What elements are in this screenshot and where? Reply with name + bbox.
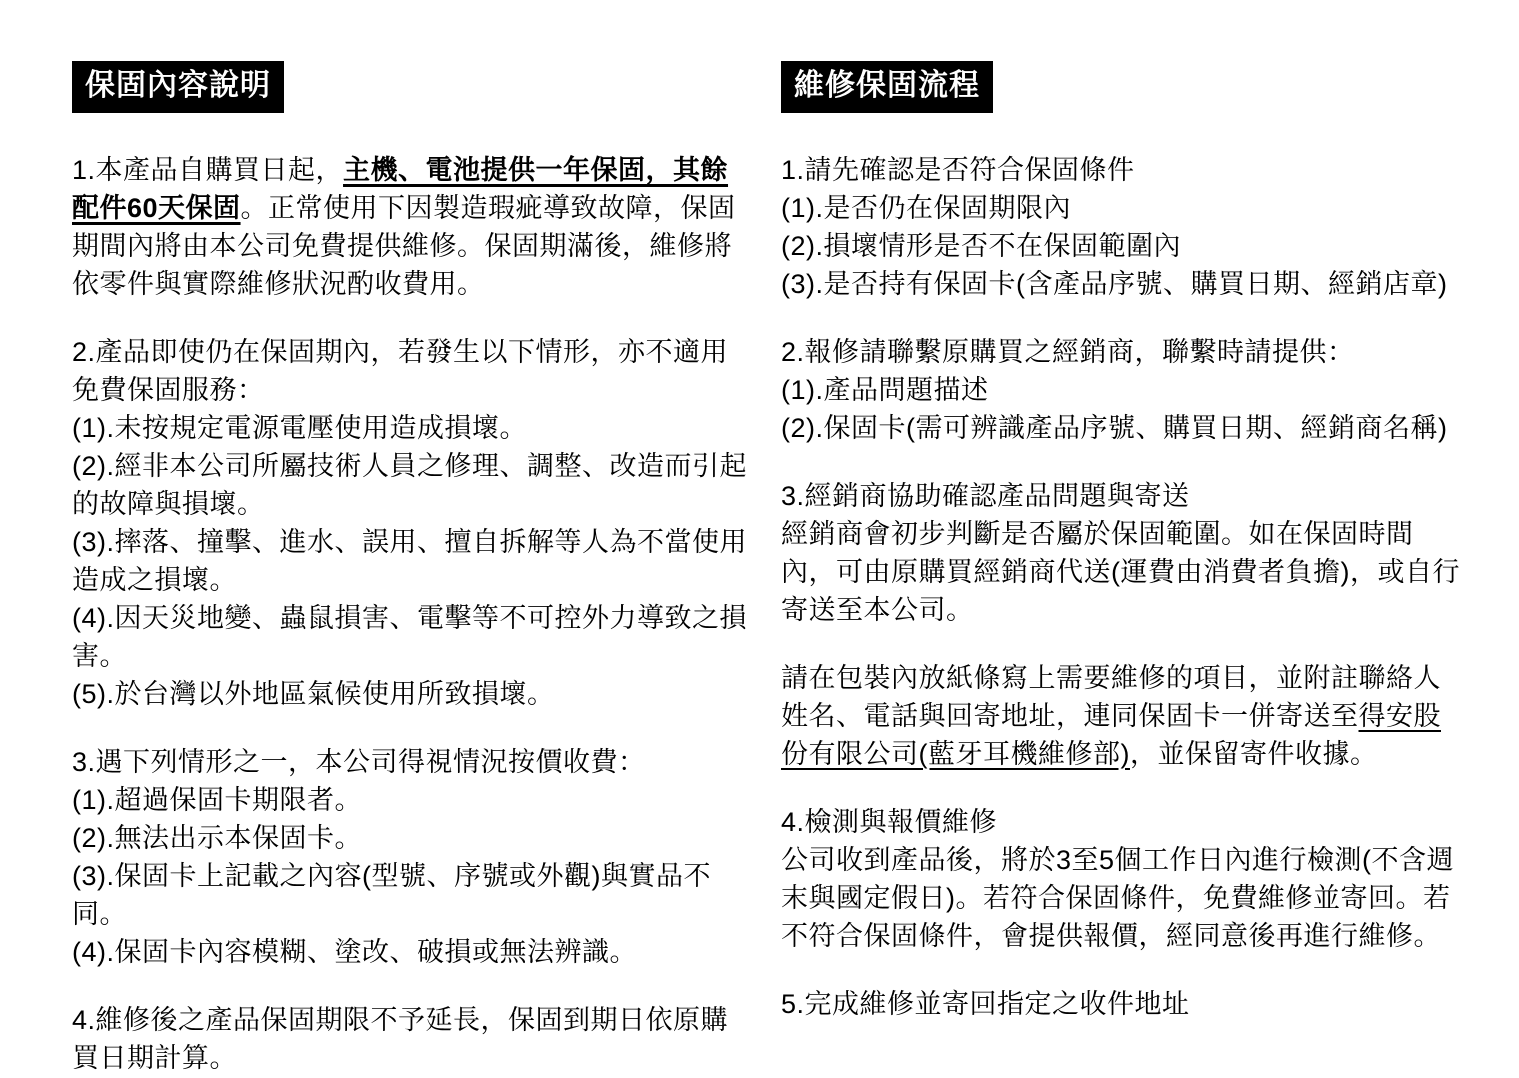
warranty-exclusions-intro: 2.產品即使仍在保固期內，若發生以下情形，亦不適用免費保固服務： — [72, 333, 748, 409]
list-item: (4).保固卡內容模糊、塗改、破損或無法辨識。 — [72, 933, 748, 971]
confirm-conditions-intro: 1.請先確認是否符合保固條件 — [781, 151, 1465, 189]
list-item: (2).無法出示本保固卡。 — [72, 819, 748, 857]
list-item: (3).是否持有保固卡(含產品序號、購買日期、經銷店章) — [781, 265, 1465, 303]
list-item: (2).經非本公司所屬技術人員之修理、調整、改造而引起的故障與損壞。 — [72, 447, 748, 523]
list-item: (1).未按規定電源電壓使用造成損壞。 — [72, 409, 748, 447]
list-item: (1).超過保固卡期限者。 — [72, 781, 748, 819]
dealer-assist-heading: 3.經銷商協助確認產品問題與寄送 — [781, 477, 1465, 515]
repair-process-column: 維修保固流程 1.請先確認是否符合保固條件 (1).是否仍在保固期限內 (2).… — [781, 61, 1465, 1023]
shipping-note-paragraph: 請在包裝內放紙條寫上需要維修的項目，並附註聯絡人姓名、電話與回寄地址，連同保固卡… — [781, 659, 1465, 773]
warranty-content-header: 保固內容說明 — [72, 61, 284, 113]
warranty-document-page: 保固內容說明 1.本產品自購買日起，主機、電池提供一年保固，其餘配件60天保固。… — [0, 0, 1519, 1078]
shipping-note-tail: ，並保留寄件收據。 — [1130, 739, 1378, 769]
list-item: (2).保固卡(需可辨識產品序號、購買日期、經銷商名稱) — [781, 409, 1465, 447]
dealer-assist-body: 經銷商會初步判斷是否屬於保固範圍。如在保固時間內，可由原購買經銷商代送(運費由消… — [781, 519, 1460, 625]
warranty-term-paragraph: 1.本產品自購買日起，主機、電池提供一年保固，其餘配件60天保固。正常使用下因製… — [72, 151, 748, 303]
return-shipment-paragraph: 5.完成維修並寄回指定之收件地址 — [781, 985, 1465, 1023]
list-item: (3).摔落、撞擊、進水、誤用、擅自拆解等人為不當使用造成之損壞。 — [72, 523, 748, 599]
list-item: (1).產品問題描述 — [781, 371, 1465, 409]
inspection-quote-heading: 4.檢測與報價維修 — [781, 803, 1465, 841]
warranty-content-column: 保固內容說明 1.本產品自購買日起，主機、電池提供一年保固，其餘配件60天保固。… — [72, 61, 748, 1077]
charged-repair-intro: 3.遇下列情形之一，本公司得視情況按價收費： — [72, 743, 748, 781]
warranty-term-text-lead: 1.本產品自購買日起， — [72, 155, 343, 185]
list-item: (2).損壞情形是否不在保固範圍內 — [781, 227, 1465, 265]
shipping-note-lead: 請在包裝內放紙條寫上需要維修的項目，並附註聯絡人姓名、電話與回寄地址，連同保固卡… — [781, 663, 1441, 731]
inspection-quote-body: 公司收到產品後，將於3至5個工作日內進行檢測(不含週末與國定假日)。若符合保固條… — [781, 845, 1454, 951]
confirm-conditions-section: 1.請先確認是否符合保固條件 (1).是否仍在保固期限內 (2).損壞情形是否不… — [781, 151, 1465, 303]
list-item: (4).因天災地變、蟲鼠損害、電擊等不可控外力導致之損害。 — [72, 599, 748, 675]
warranty-exclusions-section: 2.產品即使仍在保固期內，若發生以下情形，亦不適用免費保固服務： (1).未按規… — [72, 333, 748, 713]
list-item: (1).是否仍在保固期限內 — [781, 189, 1465, 227]
list-item: (3).保固卡上記載之內容(型號、序號或外觀)與實品不同。 — [72, 857, 748, 933]
repair-process-header: 維修保固流程 — [781, 61, 993, 113]
contact-dealer-section: 2.報修請聯繫原購買之經銷商，聯繫時請提供： (1).產品問題描述 (2).保固… — [781, 333, 1465, 447]
dealer-assist-section: 3.經銷商協助確認產品問題與寄送 經銷商會初步判斷是否屬於保固範圍。如在保固時間… — [781, 477, 1465, 629]
warranty-extension-paragraph: 4.維修後之產品保固期限不予延長，保固到期日依原購買日期計算。 — [72, 1001, 748, 1077]
inspection-quote-section: 4.檢測與報價維修 公司收到產品後，將於3至5個工作日內進行檢測(不含週末與國定… — [781, 803, 1465, 955]
list-item: (5).於台灣以外地區氣候使用所致損壞。 — [72, 675, 748, 713]
contact-dealer-intro: 2.報修請聯繫原購買之經銷商，聯繫時請提供： — [781, 333, 1465, 371]
charged-repair-section: 3.遇下列情形之一，本公司得視情況按價收費： (1).超過保固卡期限者。 (2)… — [72, 743, 748, 971]
